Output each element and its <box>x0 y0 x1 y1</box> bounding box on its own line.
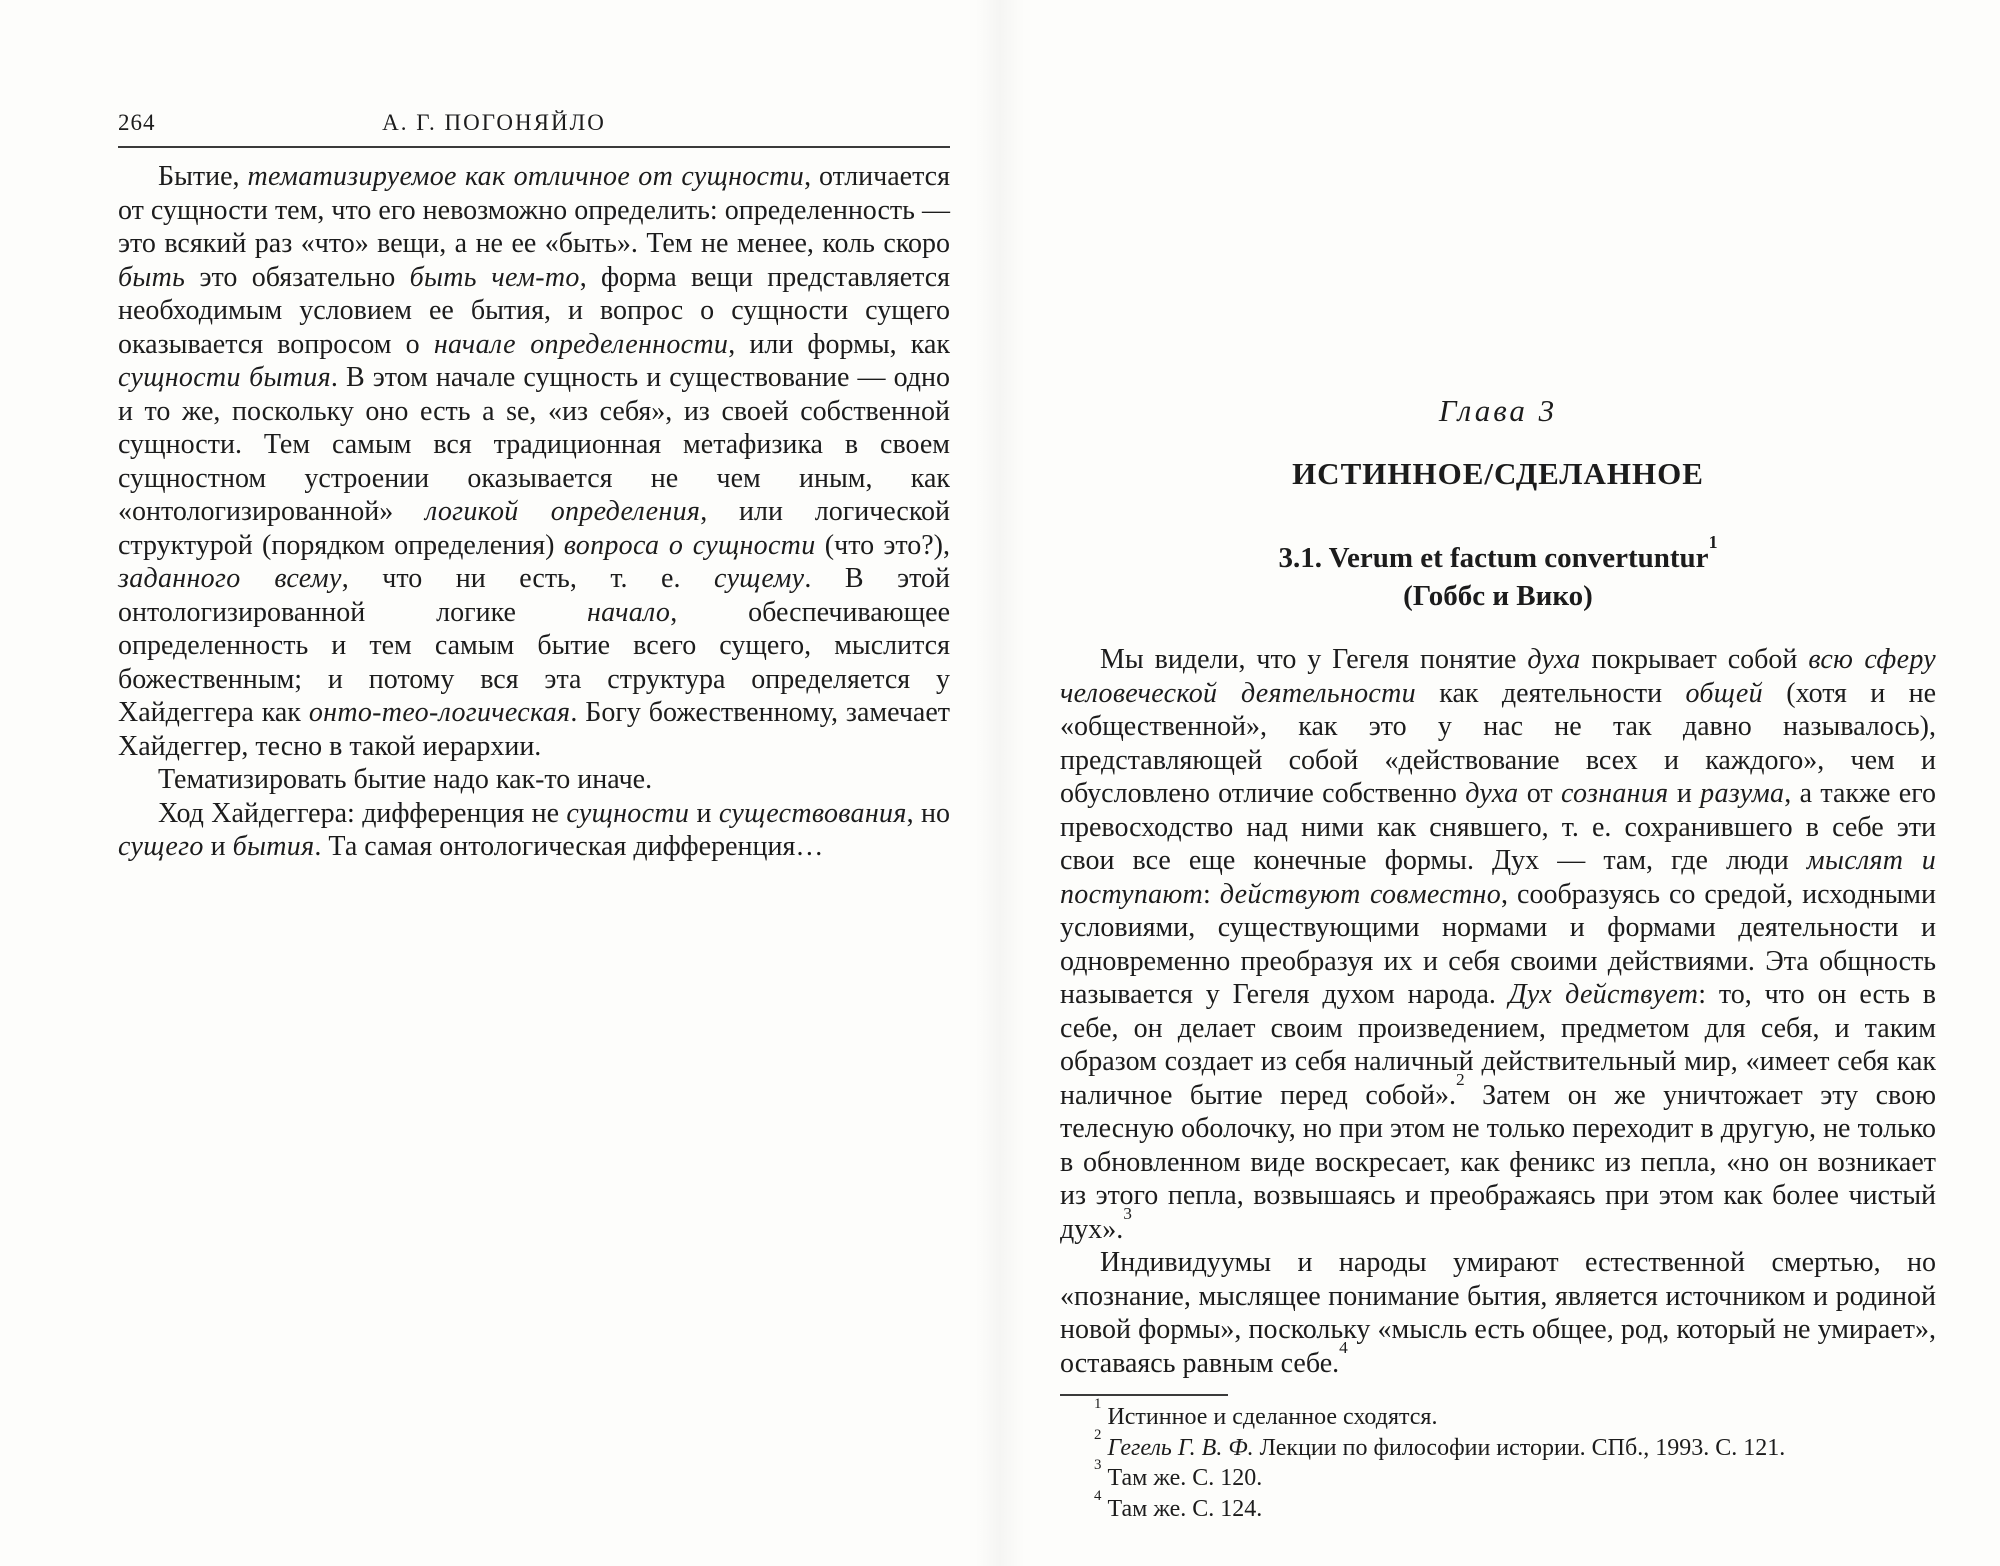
section-title: 3.1. Verum et factum convertuntur1 <box>1060 542 1936 575</box>
left-page-text: Бытие, тематизируемое как отличное от су… <box>118 160 950 864</box>
footnote-marker: 3 <box>1094 1457 1101 1473</box>
section-subtitle: (Гоббс и Вико) <box>1060 580 1936 613</box>
footnotes: 1 Истинное и сделанное сходятся. 2 Гегел… <box>1060 1402 1936 1524</box>
footnote-text: Гегель Г. В. Ф. Лекции по философии исто… <box>1101 1435 1785 1461</box>
footnote: 4 Там же. С. 124. <box>1060 1494 1936 1525</box>
header-rule <box>118 146 950 148</box>
right-page: Глава 3 ИСТИННОЕ/СДЕЛАННОЕ 3.1. Verum et… <box>1060 110 1936 1524</box>
book-spread: 264 А. Г. ПОГОНЯЙЛО Бытие, тематизируемо… <box>0 0 2000 1566</box>
footnote-text: Там же. С. 120. <box>1101 1465 1262 1491</box>
paragraph: Бытие, тематизируемое как отличное от су… <box>118 160 950 763</box>
running-head: 264 А. Г. ПОГОНЯЙЛО <box>118 110 950 142</box>
footnote-marker: 4 <box>1094 1488 1101 1504</box>
section-title-text: 3.1. Verum et factum convertuntur <box>1278 542 1708 574</box>
left-page: 264 А. Г. ПОГОНЯЙЛО Бытие, тематизируемо… <box>118 110 950 864</box>
footnote-text: Там же. С. 124. <box>1101 1496 1262 1522</box>
paragraph: Индивидуумы и народы умирают естественно… <box>1060 1246 1936 1380</box>
footnote: 1 Истинное и сделанное сходятся. <box>1060 1402 1936 1433</box>
footnote-marker: 1 <box>1094 1396 1101 1412</box>
chapter-title: ИСТИННОЕ/СДЕЛАННОЕ <box>1060 456 1936 492</box>
footnote-ref: 1 <box>1709 532 1718 552</box>
chapter-label: Глава 3 <box>1060 393 1936 429</box>
footnote-marker: 2 <box>1094 1427 1101 1443</box>
paragraph: Ход Хайдеггера: дифференция не сущности … <box>118 797 950 864</box>
paragraph: Тематизировать бытие надо как-то иначе. <box>118 763 950 797</box>
footnote-text: Истинное и сделанное сходятся. <box>1101 1404 1437 1430</box>
book-gutter-shadow <box>975 0 1025 1566</box>
footnote: 3 Там же. С. 120. <box>1060 1463 1936 1494</box>
paragraph: Мы видели, что у Гегеля понятие духа пок… <box>1060 643 1936 1246</box>
right-page-text: Мы видели, что у Гегеля понятие духа пок… <box>1060 643 1936 1380</box>
footnote: 2 Гегель Г. В. Ф. Лекции по философии ис… <box>1060 1433 1936 1464</box>
footnote-separator <box>1060 1394 1228 1396</box>
running-header-author: А. Г. ПОГОНЯЙЛО <box>118 110 870 136</box>
